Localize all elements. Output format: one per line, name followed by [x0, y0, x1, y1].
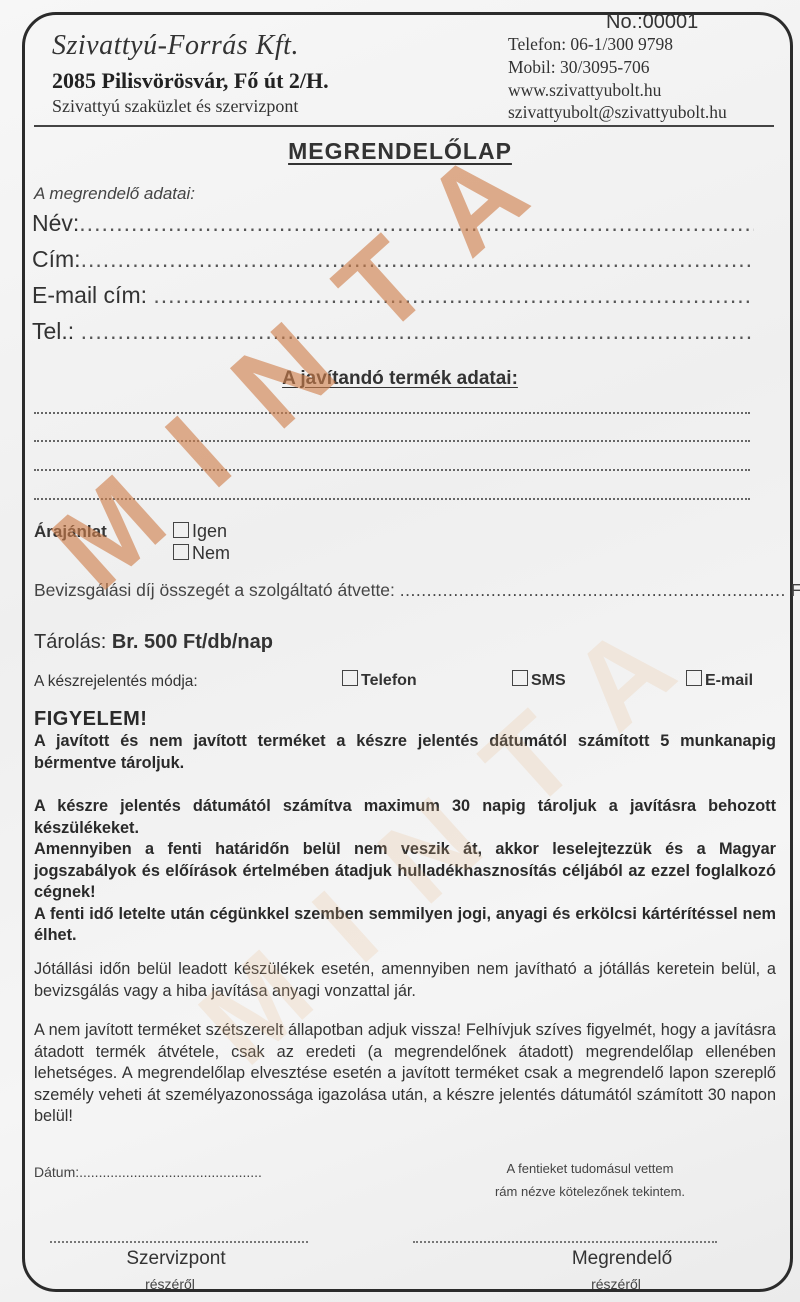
acknowledgement-line-1: A fentieket tudomásul vettem: [440, 1161, 740, 1176]
notice-paragraph-2: A készre jelentés dátumától számítva max…: [34, 796, 776, 947]
product-section-label-text: A javítandó termék adatai:: [282, 368, 518, 389]
acknowledgement-line-2: rám nézve kötelezőnek tekintem.: [440, 1184, 740, 1199]
notice-text-2b: Amennyiben a fenti határidőn belül nem v…: [34, 839, 776, 904]
quote-yes-label: Igen: [192, 521, 227, 541]
name-field[interactable]: Név:....................................…: [32, 210, 754, 237]
notify-sms-label: SMS: [531, 672, 566, 689]
product-line-1[interactable]: [34, 412, 750, 414]
phone-field[interactable]: Tel.: ..................................…: [32, 318, 754, 345]
notify-phone-label: Telefon: [361, 672, 417, 689]
product-line-4[interactable]: [34, 498, 750, 500]
inspection-fee-field[interactable]: Bevizsgálási díj összegét a szolgáltató …: [34, 580, 800, 601]
form-title: MEGRENDELŐLAP: [0, 138, 800, 165]
signature-customer-title: Megrendelő: [493, 1248, 751, 1270]
address-label: Cím:: [32, 246, 81, 272]
product-section-label: A javítandó termék adatai:: [0, 368, 800, 390]
notice-text-2a: A készre jelentés dátumától számítva max…: [34, 796, 776, 839]
notice-text-3: Jótállási időn belül leadott készülékek …: [34, 959, 776, 1002]
phone-input-dots[interactable]: ........................................…: [81, 318, 754, 344]
notify-email-label: E-mail: [705, 672, 753, 689]
fee-input-dots[interactable]: ........................................…: [400, 580, 786, 600]
storage-label: Tárolás:: [34, 631, 112, 653]
date-label: Dátum:: [34, 1164, 79, 1180]
document-number: No.:00001: [606, 11, 698, 34]
notice-paragraph-3: Jótállási időn belül leadott készülékek …: [34, 959, 776, 1002]
notice-text-1: A javított és nem javított terméket a ké…: [34, 731, 776, 774]
signature-line-service[interactable]: [50, 1241, 308, 1243]
company-tagline: Szivattyú szaküzlet és szervizpont: [52, 96, 298, 117]
checkbox-sms[interactable]: [512, 670, 528, 686]
signature-service-sub: részéről: [41, 1276, 299, 1292]
checkbox-yes[interactable]: [173, 522, 189, 538]
notice-text-2c: A fenti idő letelte után cégünkkel szemb…: [34, 904, 776, 947]
checkbox-no[interactable]: [173, 544, 189, 560]
contact-phone: Telefon: 06-1/300 9798: [508, 34, 673, 55]
email-label: E-mail cím:: [32, 282, 153, 308]
email-field[interactable]: E-mail cím: ............................…: [32, 282, 754, 309]
name-input-dots[interactable]: ........................................…: [79, 210, 754, 236]
signature-line-customer[interactable]: [413, 1241, 717, 1243]
quote-label: Árajánlat: [34, 522, 107, 542]
contact-mobile: Mobil: 30/3095-706: [508, 57, 649, 78]
form-title-text: MEGRENDELŐLAP: [288, 138, 512, 164]
notice-paragraph-4: A nem javított terméket szétszerelt álla…: [34, 1020, 776, 1128]
attention-heading: FIGYELEM!: [34, 708, 147, 731]
fee-suffix: Ft-ot.: [786, 580, 800, 600]
notify-option-email[interactable]: E-mail: [686, 670, 753, 690]
phone-label: Tel.:: [32, 318, 81, 344]
company-name: Szivattyú-Forrás Kft.: [52, 30, 299, 62]
product-line-2[interactable]: [34, 440, 750, 442]
quote-option-no[interactable]: Nem: [173, 543, 230, 564]
date-input-dots[interactable]: ........................................…: [79, 1164, 262, 1180]
notice-text-4: A nem javított terméket szétszerelt álla…: [34, 1020, 776, 1128]
notify-option-phone[interactable]: Telefon: [342, 670, 417, 690]
quote-no-label: Nem: [192, 543, 230, 563]
quote-option-yes[interactable]: Igen: [173, 521, 227, 542]
contact-email[interactable]: szivattyubolt@szivattyubolt.hu: [508, 102, 727, 123]
date-field[interactable]: Dátum:..................................…: [34, 1164, 262, 1180]
signature-customer-sub: részéről: [487, 1276, 745, 1292]
storage-value: Br. 500 Ft/db/nap: [112, 631, 273, 653]
address-input-dots[interactable]: ........................................…: [81, 246, 754, 272]
storage-fee: Tárolás: Br. 500 Ft/db/nap: [34, 631, 273, 654]
notice-paragraph-1: A javított és nem javított terméket a ké…: [34, 731, 776, 774]
contact-website[interactable]: www.szivattyubolt.hu: [508, 80, 661, 101]
customer-section-label: A megrendelő adatai:: [34, 184, 195, 204]
address-field[interactable]: Cím:....................................…: [32, 246, 754, 273]
checkbox-email[interactable]: [686, 670, 702, 686]
product-line-3[interactable]: [34, 469, 750, 471]
email-input-dots[interactable]: ........................................…: [153, 282, 754, 308]
notification-label: A készrejelentés módja:: [34, 673, 198, 691]
company-address: 2085 Pilisvörösvár, Fő út 2/H.: [52, 68, 329, 94]
fee-label: Bevizsgálási díj összegét a szolgáltató …: [34, 580, 400, 600]
name-label: Név:: [32, 210, 79, 236]
checkbox-phone[interactable]: [342, 670, 358, 686]
signature-service-title: Szervizpont: [47, 1248, 305, 1270]
header-divider: [34, 125, 774, 127]
notify-option-sms[interactable]: SMS: [512, 670, 566, 690]
